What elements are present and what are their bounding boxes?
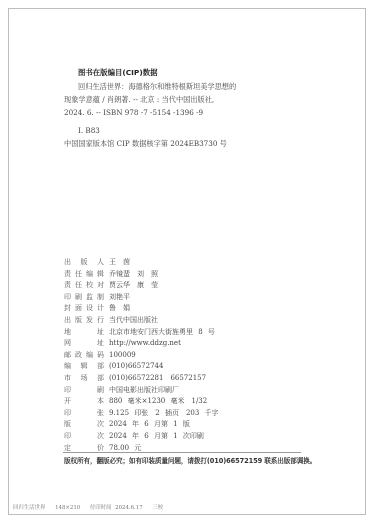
info-label: 印次 (64, 431, 104, 443)
info-value: 当代中国出版社 (109, 315, 158, 327)
info-label: 开本 (64, 396, 104, 408)
info-row: 版次2024 年 6 月第 1 版 (64, 419, 304, 431)
info-label: 市场部 (64, 373, 104, 385)
footer-trim-size: 148×210 (55, 505, 80, 511)
info-value: (010)66572281 66572157 (109, 373, 206, 385)
info-value: 中国电影出版社印刷厂 (109, 385, 179, 397)
info-value: 王 茵 (109, 257, 130, 269)
info-label: 责任校对 (64, 280, 104, 292)
info-value: 100009 (109, 350, 136, 362)
info-row: 地址北京市地安门西大街旌勇里 8 号 (64, 327, 304, 339)
info-row: 编辑部(010)66572744 (64, 361, 304, 373)
cip-line-1: 回归生活世界：海德格尔和维特根斯坦美学思想的 (64, 80, 314, 93)
info-value: 9.125 印张 2 插页 203 千字 (109, 408, 219, 420)
info-row: 印次2024 年 6 月第 1 次印刷 (64, 431, 304, 443)
copyright-notice: 版权所有，翻版必究；如有印装质量问题，请拨打(010)66572159 联系出版… (64, 455, 316, 465)
footer-book-title: 回归生活世界 (13, 505, 45, 511)
info-row: 市场部(010)66572281 66572157 (64, 373, 304, 385)
cip-title: 图书在版编目(CIP)数据 (64, 66, 314, 79)
cip-classification: Ⅰ. B83 (64, 124, 314, 137)
cip-line-3: 2024. 6. -- ISBN 978 -7 -5154 -1396 -9 (64, 106, 314, 119)
info-row: 邮政编码100009 (64, 350, 304, 362)
info-row: 印刷监制刘艳平 (64, 292, 304, 304)
info-value: 2024 年 6 月第 1 版 (109, 419, 190, 431)
cip-data-block: 图书在版编目(CIP)数据 回归生活世界：海德格尔和维特根斯坦美学思想的 现象学… (64, 66, 314, 150)
info-value: http://www.ddzg.net (109, 338, 181, 350)
footer-print-time: 付印时间 2024.6.17 (90, 505, 143, 511)
info-row: 印刷中国电影出版社印刷厂 (64, 385, 304, 397)
info-row: 封面设计鲁 娟 (64, 303, 304, 315)
print-footer: 回归生活世界 148×210 付印时间 2024.6.17 三校 (13, 503, 169, 511)
info-label: 印刷监制 (64, 292, 104, 304)
info-row: 网址http://www.ddzg.net (64, 338, 304, 350)
info-row: 开本880 毫米×1230 毫米 1/32 (64, 396, 304, 408)
info-value: 北京市地安门西大街旌勇里 8 号 (109, 327, 215, 339)
info-label: 地址 (64, 327, 104, 339)
info-label: 印张 (64, 408, 104, 420)
footer-proof: 三校 (152, 505, 163, 511)
info-value: 刘艳平 (109, 292, 130, 304)
info-label: 印刷 (64, 385, 104, 397)
info-label: 邮政编码 (64, 350, 104, 362)
info-label: 责任编辑 (64, 269, 104, 281)
info-label: 出版人 (64, 257, 104, 269)
info-row: 出版发行当代中国出版社 (64, 315, 304, 327)
info-value: 鲁 娟 (109, 303, 130, 315)
info-label: 出版发行 (64, 315, 104, 327)
info-label: 网址 (64, 338, 104, 350)
info-label: 编辑部 (64, 361, 104, 373)
info-value: 880 毫米×1230 毫米 1/32 (109, 396, 207, 408)
info-value: 贾云华 康 莹 (109, 280, 158, 292)
info-value: 乔镜蜚 刘 照 (109, 269, 158, 281)
info-value: 2024 年 6 月第 1 次印刷 (109, 431, 204, 443)
info-row: 出版人王 茵 (64, 257, 304, 269)
info-row: 责任校对贾云华 康 莹 (64, 280, 304, 292)
info-label: 封面设计 (64, 303, 104, 315)
divider-rule (63, 452, 301, 453)
info-row: 印张9.125 印张 2 插页 203 千字 (64, 408, 304, 420)
cip-line-2: 现象学意蕴 / 肖朗著. -- 北京 : 当代中国出版社, (64, 93, 314, 106)
info-value: (010)66572744 (109, 361, 163, 373)
info-label: 版次 (64, 419, 104, 431)
info-row: 责任编辑乔镜蜚 刘 照 (64, 269, 304, 281)
cip-verification: 中国国家版本馆 CIP 数据核字第 2024EB3730 号 (64, 137, 314, 150)
publication-info: 出版人王 茵责任编辑乔镜蜚 刘 照责任校对贾云华 康 莹印刷监制刘艳平封面设计鲁… (64, 257, 304, 454)
